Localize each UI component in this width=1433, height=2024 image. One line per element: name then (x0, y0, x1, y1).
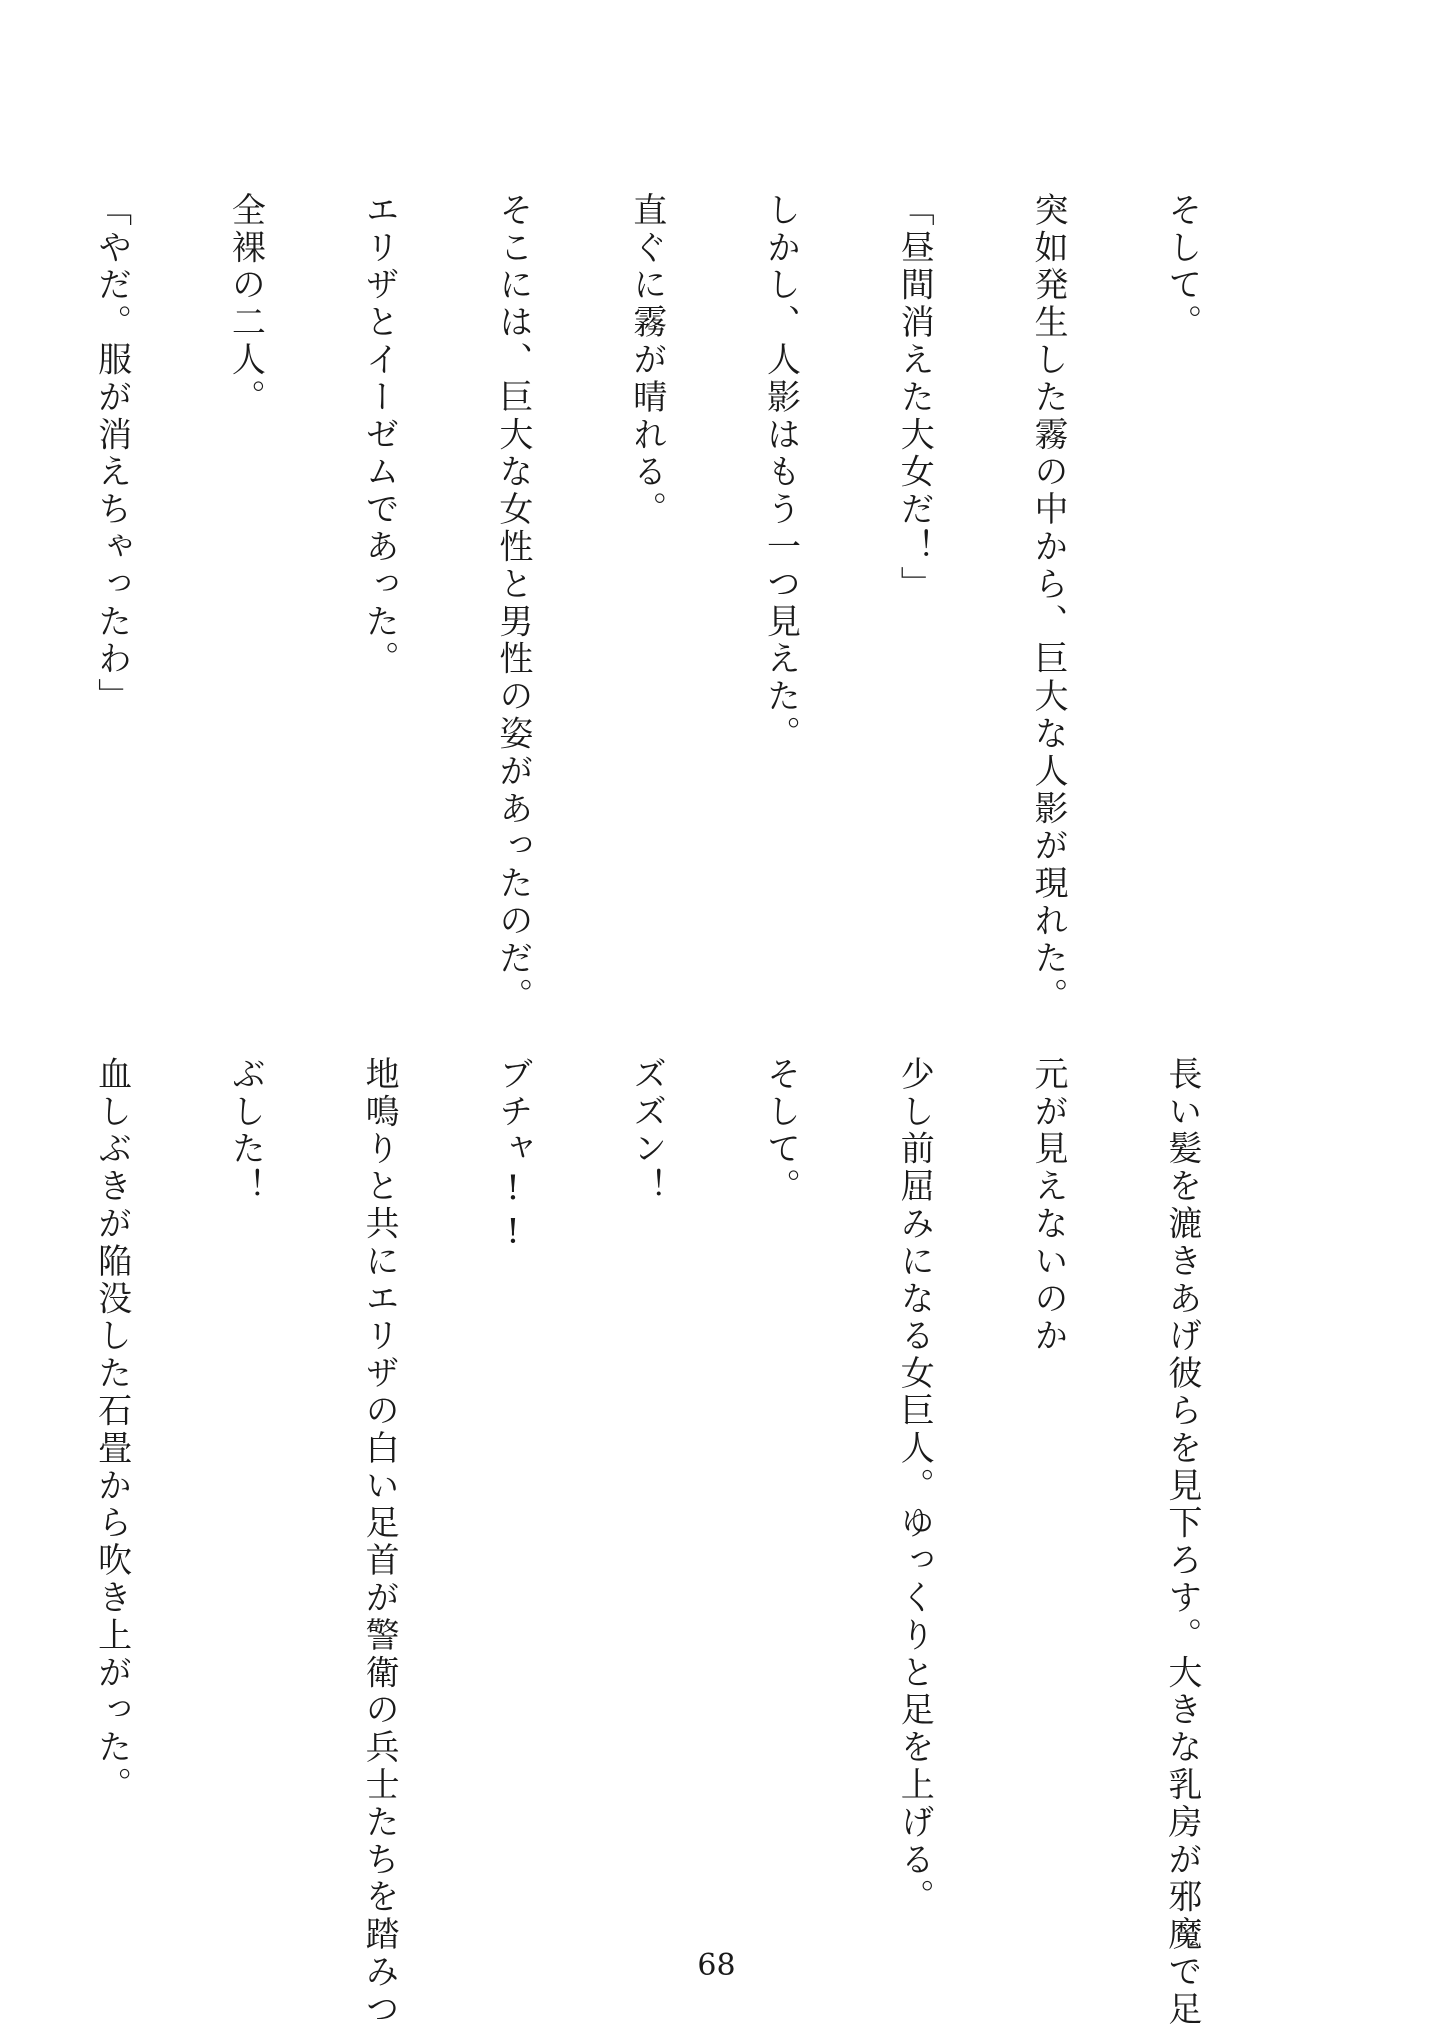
text-line: 元が見えないのか (1025, 1056, 1070, 1886)
text-line: 少し前屈みになる女巨人。ゆっくりと足を上げる。 (892, 1056, 937, 1886)
text-line: 長い髪を漉きあげ彼らを見下ろす。大きな乳房が邪魔で足 (1159, 1056, 1204, 1886)
text-line: 「昼間消えた大女だ！」 (892, 192, 937, 992)
text-line: 地鳴りと共にエリザの白い足首が警衛の兵士たちを踏みつ (357, 1056, 402, 1886)
text-line: ズズン！ (624, 1056, 669, 1886)
text-line: ぶした！ (223, 1056, 268, 1886)
text-block-bottom: 長い髪を漉きあげ彼らを見下ろす。大きな乳房が邪魔で足 元が見えないのか 少し前屈… (143, 1056, 1293, 1886)
text-line: そして。 (758, 1056, 803, 1886)
text-line: 血しぶきが陥没した石畳から吹き上がった。 (89, 1056, 134, 1886)
text-line: しかし、人影はもう一つ見えた。 (758, 192, 803, 992)
text-line: そして。 (1159, 192, 1204, 992)
text-line: 全裸の二人。 (223, 192, 268, 992)
text-line: エリザとイーゼムであった。 (357, 192, 402, 992)
page-number: 68 (0, 1948, 1433, 1983)
text-line: 「やだ。服が消えちゃったわ」 (89, 192, 134, 992)
text-line: 直ぐに霧が晴れる。 (624, 192, 669, 992)
text-line: そこには、巨大な女性と男性の姿があったのだ。 (490, 192, 535, 992)
text-line: ブチャ!! (490, 1056, 535, 1886)
text-block-top: そして。 突如発生した霧の中から、巨大な人影が現れた。 「昼間消えた大女だ！」 … (143, 192, 1293, 992)
book-page: そして。 突如発生した霧の中から、巨大な人影が現れた。 「昼間消えた大女だ！」 … (0, 0, 1433, 2024)
text-line: 突如発生した霧の中から、巨大な人影が現れた。 (1025, 192, 1070, 992)
